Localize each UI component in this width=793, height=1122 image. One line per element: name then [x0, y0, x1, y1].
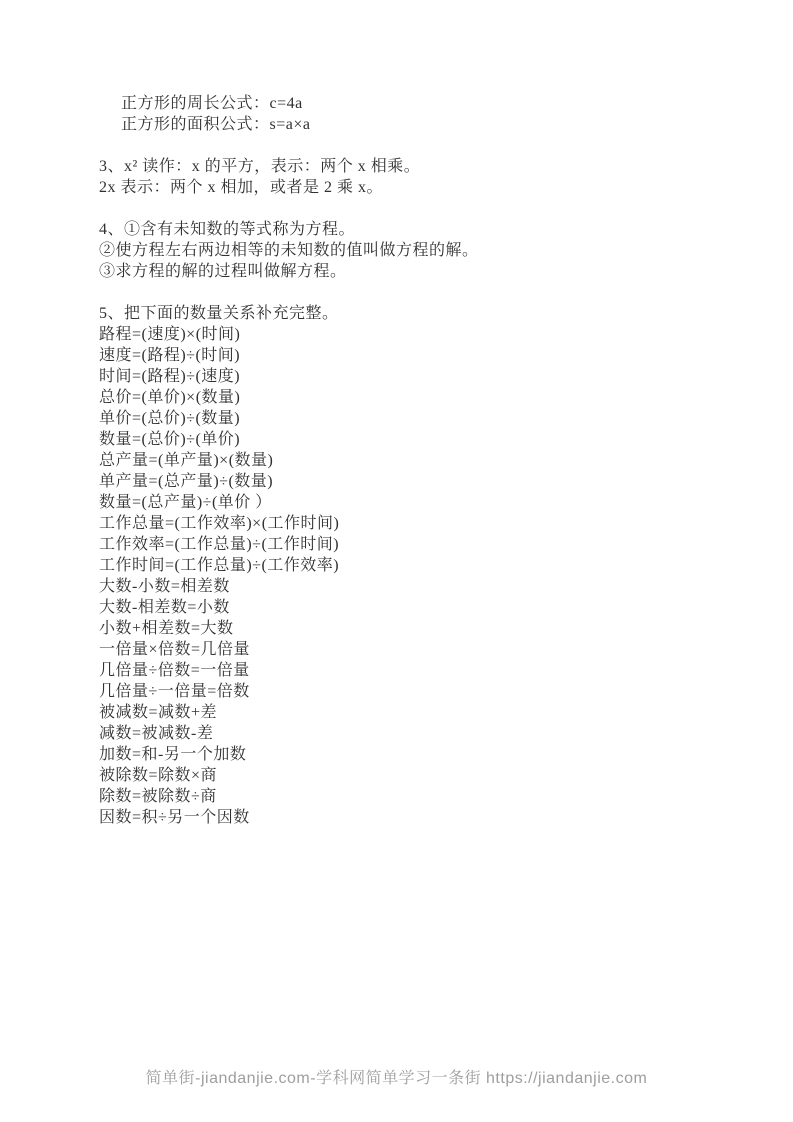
text-line: 总价=(单价)×(数量) [99, 387, 763, 408]
text-line: 单价=(总价)÷(数量) [99, 408, 763, 429]
text-line: 4、①含有未知数的等式称为方程。 [99, 219, 763, 240]
text-line: 单产量=(总产量)÷(数量) [99, 471, 763, 492]
text-line: 几倍量÷一倍量=倍数 [99, 681, 763, 702]
blank-line [99, 198, 763, 219]
text-line: 数量=(总产量)÷(单价 ） [99, 492, 763, 513]
text-line: 大数-小数=相差数 [99, 576, 763, 597]
text-line: 小数+相差数=大数 [99, 618, 763, 639]
watermark-footer: 简单街-jiandanjie.com-学科网简单学习一条街 https://ji… [0, 1068, 793, 1090]
text-line: 2x 表示：两个 x 相加，或者是 2 乘 x。 [99, 177, 763, 198]
text-line: 5、把下面的数量关系补充完整。 [99, 303, 763, 324]
text-line: ③求方程的解的过程叫做解方程。 [99, 261, 763, 282]
document-lines: 正方形的周长公式：c=4a正方形的面积公式：s=a×a3、x² 读作：x 的平方… [99, 93, 763, 828]
blank-line [99, 282, 763, 303]
text-line: 大数-相差数=小数 [99, 597, 763, 618]
text-line: 3、x² 读作：x 的平方，表示：两个 x 相乘。 [99, 156, 763, 177]
text-line: 路程=(速度)×(时间) [99, 324, 763, 345]
text-line: 速度=(路程)÷(时间) [99, 345, 763, 366]
text-line: 加数=和-另一个加数 [99, 744, 763, 765]
text-line: 被除数=除数×商 [99, 765, 763, 786]
text-line: 正方形的周长公式：c=4a [99, 93, 763, 114]
document-page: 正方形的周长公式：c=4a正方形的面积公式：s=a×a3、x² 读作：x 的平方… [0, 0, 793, 1122]
text-line: 除数=被除数÷商 [99, 786, 763, 807]
text-line: 工作时间=(工作总量)÷(工作效率) [99, 555, 763, 576]
text-line: 总产量=(单产量)×(数量) [99, 450, 763, 471]
text-line: 被减数=减数+差 [99, 702, 763, 723]
text-line: 时间=(路程)÷(速度) [99, 366, 763, 387]
text-line: 因数=积÷另一个因数 [99, 807, 763, 828]
text-line: 正方形的面积公式：s=a×a [99, 114, 763, 135]
text-line: ②使方程左右两边相等的未知数的值叫做方程的解。 [99, 240, 763, 261]
text-line: 工作效率=(工作总量)÷(工作时间) [99, 534, 763, 555]
text-line: 工作总量=(工作效率)×(工作时间) [99, 513, 763, 534]
text-line: 数量=(总价)÷(单价) [99, 429, 763, 450]
blank-line [99, 135, 763, 156]
text-line: 减数=被减数-差 [99, 723, 763, 744]
text-line: 几倍量÷倍数=一倍量 [99, 660, 763, 681]
text-line: 一倍量×倍数=几倍量 [99, 639, 763, 660]
